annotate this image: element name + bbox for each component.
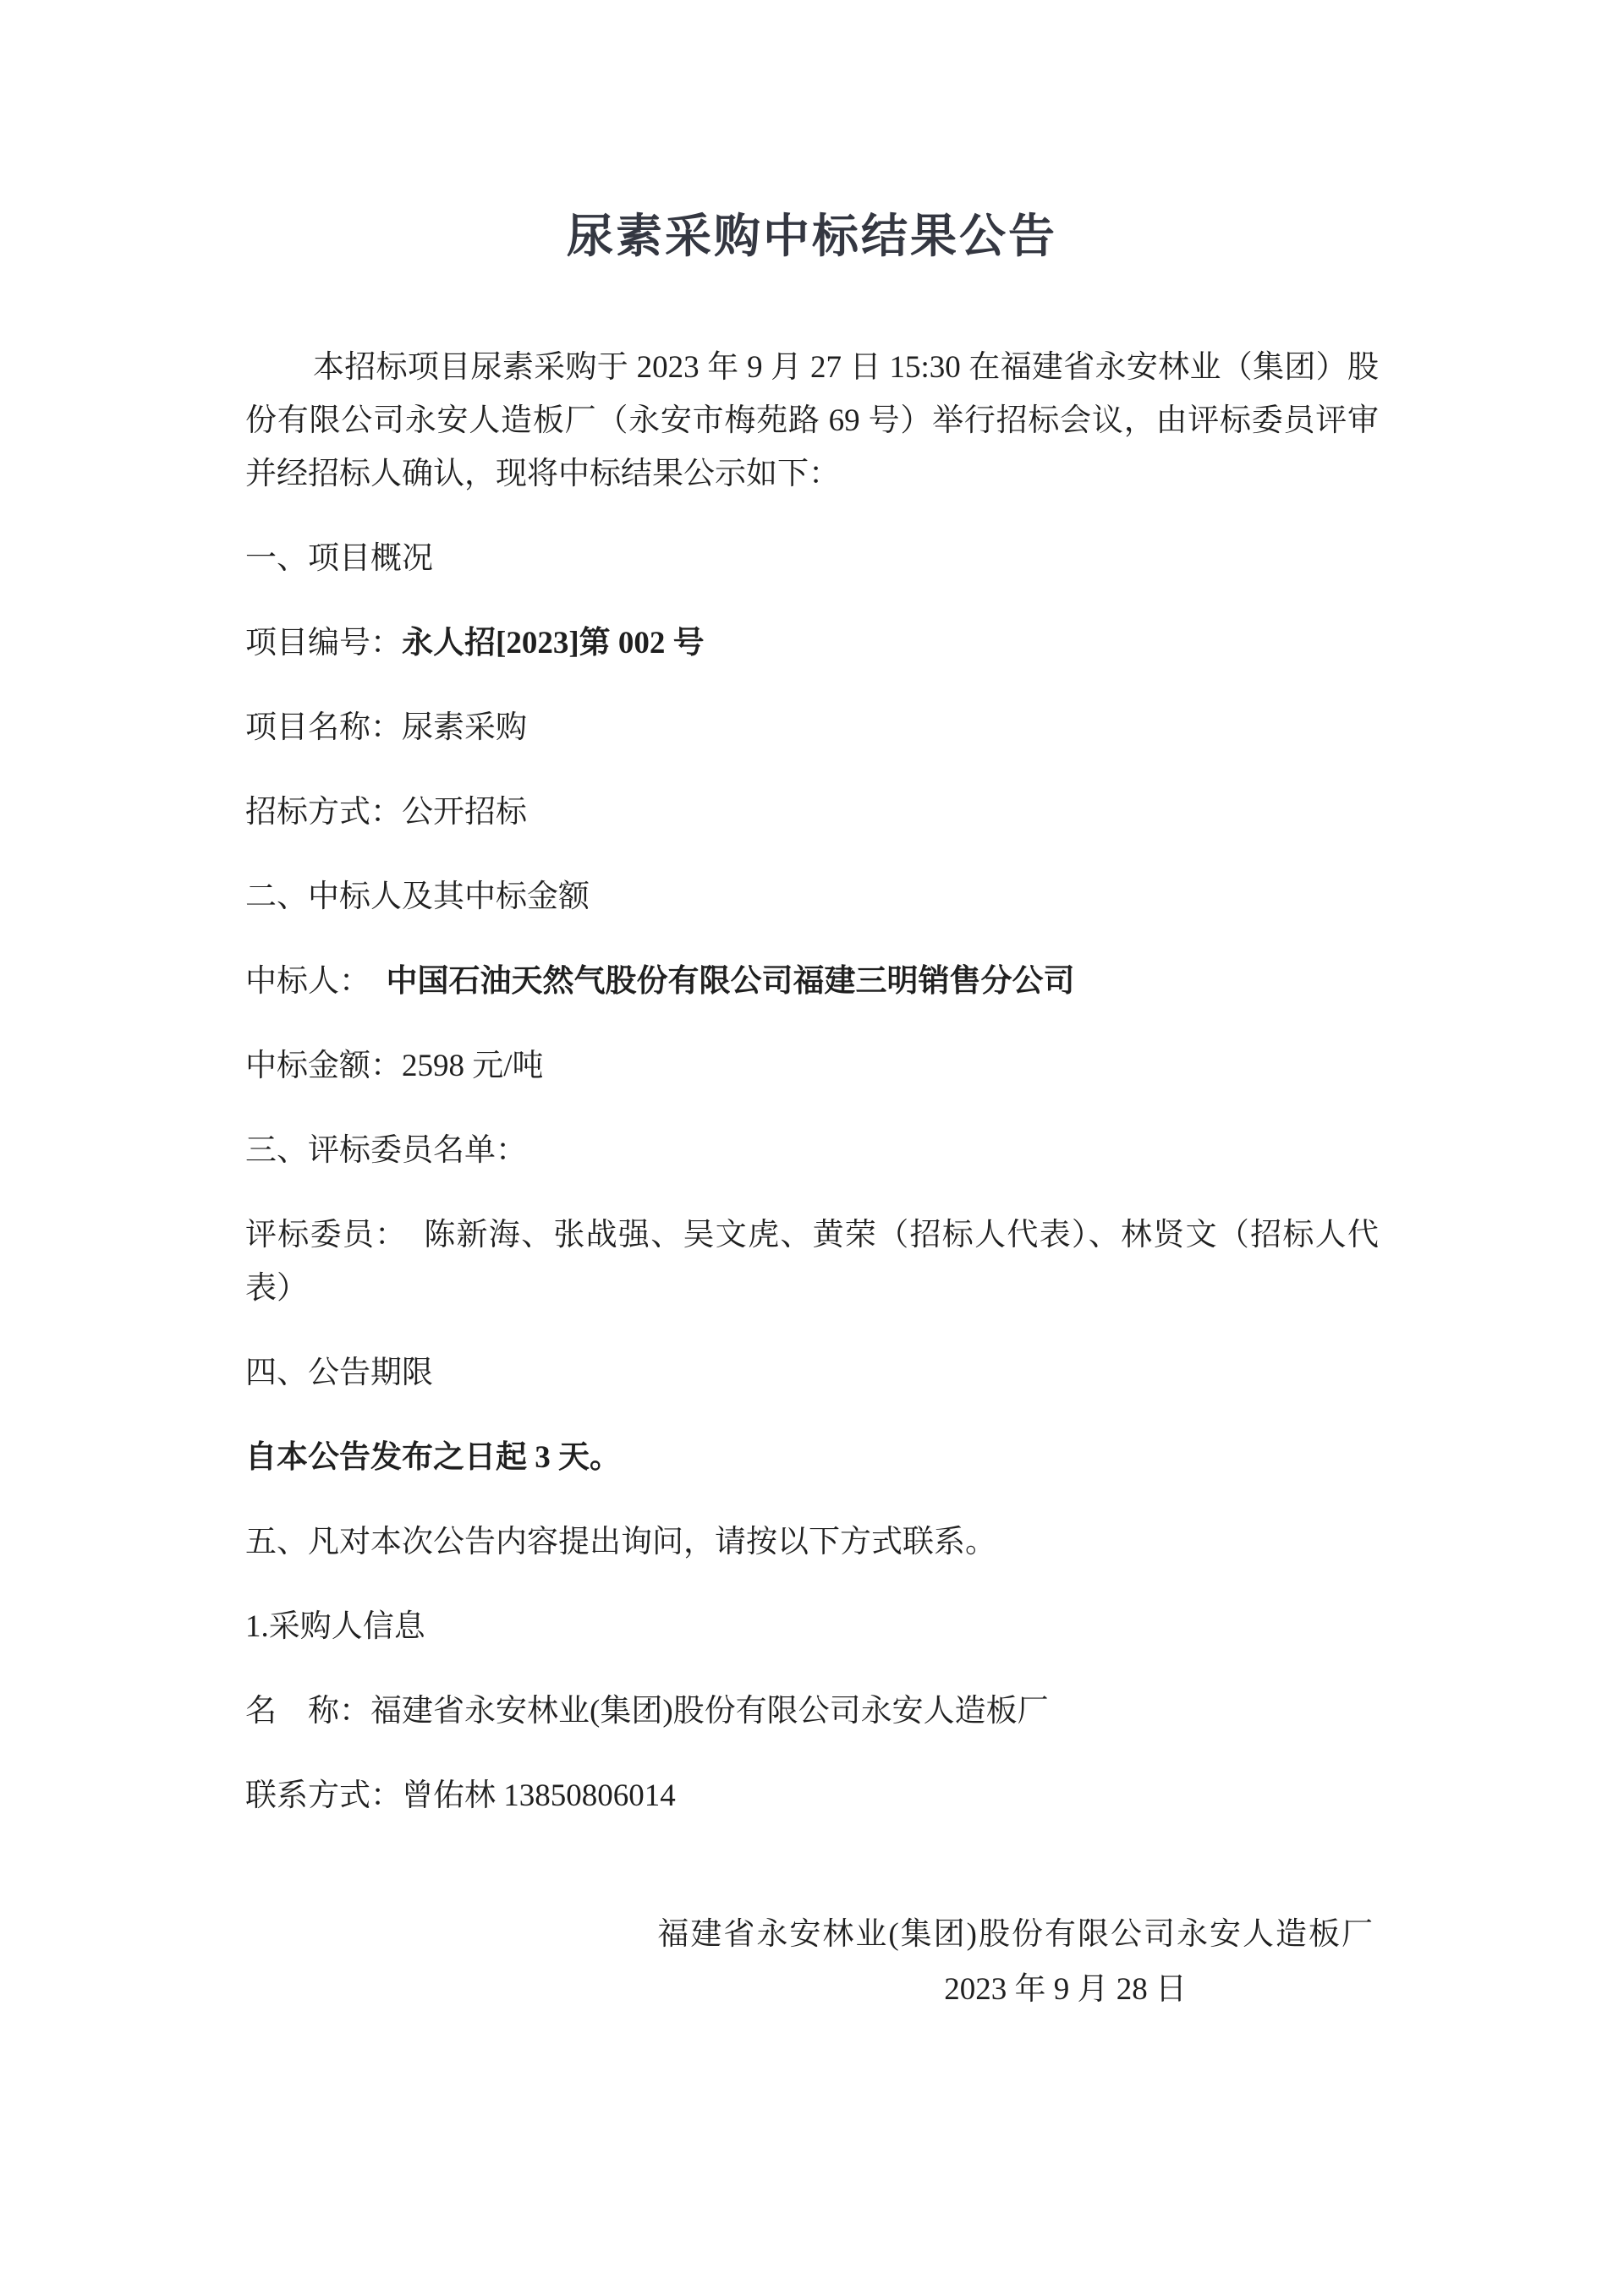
project-number-value: 永人招[2023]第 002 号 — [402, 626, 705, 660]
intro-paragraph: 本招标项目尿素采购于 2023 年 9 月 27 日 15:30 在福建省永安林… — [245, 341, 1379, 501]
project-name-line: 项目名称：尿素采购 — [245, 701, 1379, 754]
section-4-heading: 四、公告期限 — [245, 1346, 1379, 1400]
bidding-method-line: 招标方式：公开招标 — [245, 786, 1379, 839]
section-2-heading: 二、中标人及其中标金额 — [245, 870, 1379, 923]
project-number-label: 项目编号： — [245, 626, 402, 660]
winner-line: 中标人： 中国石油天然气股份有限公司福建三明销售分公司 — [245, 955, 1379, 1008]
project-number-line: 项目编号：永人招[2023]第 002 号 — [245, 616, 1379, 670]
signature-date: 2023 年 9 月 28 日 — [245, 1962, 1379, 2017]
winning-amount-line: 中标金额：2598 元/吨 — [245, 1039, 1379, 1093]
section-5-heading: 五、凡对本次公告内容提出询问，请按以下方式联系。 — [245, 1515, 1379, 1569]
buyer-name-label: 名 称： — [245, 1694, 370, 1729]
bidding-method-label: 招标方式： — [245, 795, 402, 830]
buyer-name-value: 福建省永安林业(集团)股份有限公司永安人造板厂 — [370, 1694, 1049, 1729]
section-1-heading: 一、项目概况 — [245, 532, 1379, 585]
signature-organization: 福建省永安林业(集团)股份有限公司永安人造板厂 — [245, 1907, 1379, 1962]
buyer-contact-label: 联系方式： — [245, 1778, 402, 1813]
bidding-method-value: 公开招标 — [402, 795, 527, 830]
winning-amount-label: 中标金额： — [245, 1049, 402, 1083]
page-title: 尿素采购中标结果公告 — [245, 205, 1379, 266]
winning-amount-value: 2598 元/吨 — [402, 1049, 544, 1083]
buyer-contact-line: 联系方式：曾佑林 13850806014 — [245, 1769, 1379, 1822]
evaluation-committee-line: 评标委员： 陈新海、张战强、吴文虎、黄荣（招标人代表）、林贤文（招标人代表） — [245, 1208, 1379, 1315]
signature-block: 福建省永安林业(集团)股份有限公司永安人造板厂 2023 年 9 月 28 日 — [245, 1907, 1379, 2017]
announcement-period-line: 自本公告发布之日起 3 天。 — [245, 1431, 1379, 1484]
project-name-label: 项目名称： — [245, 710, 402, 745]
document-page: 尿素采购中标结果公告 本招标项目尿素采购于 2023 年 9 月 27 日 15… — [0, 0, 1624, 2296]
buyer-info-heading: 1.采购人信息 — [245, 1600, 1379, 1653]
project-name-value: 尿素采购 — [402, 710, 527, 745]
buyer-name-line: 名 称：福建省永安林业(集团)股份有限公司永安人造板厂 — [245, 1685, 1379, 1738]
winner-label: 中标人： — [245, 964, 387, 999]
buyer-contact-value: 曾佑林 13850806014 — [402, 1778, 676, 1813]
section-3-heading: 三、评标委员名单： — [245, 1124, 1379, 1177]
winner-value: 中国石油天然气股份有限公司福建三明销售分公司 — [387, 964, 1075, 999]
